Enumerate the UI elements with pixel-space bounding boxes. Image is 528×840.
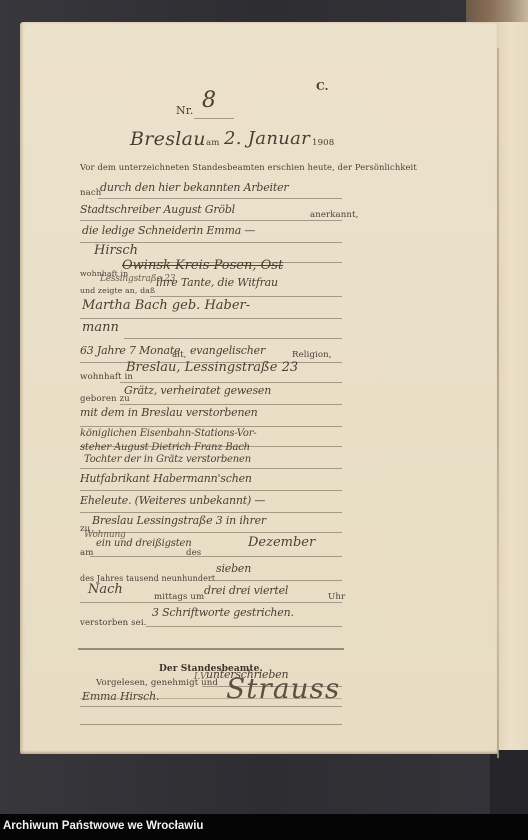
- line-14-hand: königlichen Eisenbahn-Stations-Vor-: [80, 428, 256, 439]
- line-21-hand: ein und dreißigsten: [96, 538, 191, 549]
- date-am-label: am: [206, 138, 219, 148]
- line-17-hand: Hutfabrikant Habermann'schen: [80, 472, 252, 485]
- rule: [80, 706, 342, 707]
- line-24-hand: 3 Schriftworte gestrichen.: [152, 606, 294, 619]
- scan-bottom-shadow: [490, 750, 528, 814]
- line-9-hand: mann: [82, 320, 119, 335]
- rule: [120, 382, 342, 383]
- rule: [210, 580, 342, 581]
- line-10-end: Religion,: [292, 350, 332, 360]
- archive-name: Archiwum Państwowe we Wrocławiu: [3, 820, 203, 832]
- date-value: 2. Januar: [224, 128, 310, 149]
- place-value: Breslau: [130, 128, 206, 150]
- rule: [90, 556, 342, 557]
- facing-page-edge: [498, 22, 528, 757]
- rule: [80, 468, 342, 469]
- rule: [124, 338, 342, 339]
- line-12-hand: Grätz, verheiratet gewesen: [124, 384, 271, 397]
- line-21-hand-after: Dezember: [248, 535, 315, 550]
- document-page: C. Nr. 8 Breslau am 2. Januar 1908 Vor d…: [20, 22, 498, 754]
- number-label: Nr.: [176, 104, 193, 117]
- rule: [80, 512, 342, 513]
- signer-name: Emma Hirsch.: [82, 690, 159, 703]
- line-7-label: und zeigte an, daß: [80, 286, 155, 295]
- separator-rule: [78, 648, 344, 650]
- line-1-label: nach: [80, 188, 101, 198]
- rule: [80, 490, 342, 491]
- line-23-hand: Nach: [88, 582, 123, 597]
- line-19-hand: Breslau Lessingstraße 3 in ihrer: [92, 514, 266, 527]
- rule: [150, 296, 342, 297]
- line-1-hand: durch den hier bekannten Arbeiter: [100, 181, 288, 194]
- rule: [80, 318, 342, 319]
- line-11-hand: Breslau, Lessingstraße 23: [126, 360, 298, 375]
- line-10-hand-after: evangelischer: [190, 344, 265, 357]
- year-value: 1908: [312, 138, 334, 148]
- line-15-hand: steher August Dietrich Franz Bach: [80, 442, 250, 453]
- line-23-after: mittags um: [154, 592, 204, 602]
- line-13-hand: mit dem in Breslau verstorbenen: [80, 406, 258, 419]
- rule: [80, 220, 342, 221]
- rule: [146, 626, 342, 627]
- line-23-end: Uhr: [328, 592, 345, 602]
- form-letter: C.: [316, 80, 329, 93]
- line-18-hand: Eheleute. (Weiteres unbekannt) —: [80, 494, 265, 507]
- line-10-hand: 63 Jahre 7 Monate: [80, 344, 180, 357]
- rule: [90, 532, 342, 533]
- number-rule: [194, 118, 234, 119]
- rule: [80, 724, 342, 725]
- rule: [80, 698, 342, 699]
- rule: [98, 198, 342, 199]
- registrar-prefix: I.V.: [194, 672, 207, 682]
- line-4-hand: Hirsch: [94, 243, 138, 258]
- line-16-hand: Tochter der in Grätz verstorbenen: [84, 454, 251, 465]
- registrar-signature: Strauss: [226, 672, 340, 705]
- line-24-label: verstorben sei.: [80, 618, 147, 628]
- intro-text: Vor dem unterzeichneten Standesbeamten e…: [80, 162, 417, 172]
- rule: [80, 426, 342, 427]
- line-3-hand: die ledige Schneiderin Emma —: [82, 224, 255, 237]
- line-22-hand: sieben: [216, 562, 251, 575]
- line-2-hand: Stadtschreiber August Gröbl: [80, 203, 235, 216]
- line-23-hand-after: drei drei viertel: [204, 584, 288, 597]
- line-2-after: anerkannt,: [310, 210, 358, 220]
- rule: [120, 404, 342, 405]
- page-fold-line: [497, 48, 499, 758]
- line-12-label: geboren zu: [80, 394, 130, 404]
- archive-footer: Archiwum Państwowe we Wrocławiu: [0, 814, 528, 840]
- line-5-hand: Owinsk Kreis Posen, Ost: [122, 258, 283, 273]
- number-value: 8: [202, 88, 216, 113]
- rule: [80, 602, 342, 603]
- line-7-hand: ihre Tante, die Witfrau: [156, 276, 278, 289]
- scan-corner-binding: [466, 0, 528, 22]
- line-10-after: alt,: [172, 350, 186, 360]
- line-8-hand: Martha Bach geb. Haber-: [82, 298, 250, 313]
